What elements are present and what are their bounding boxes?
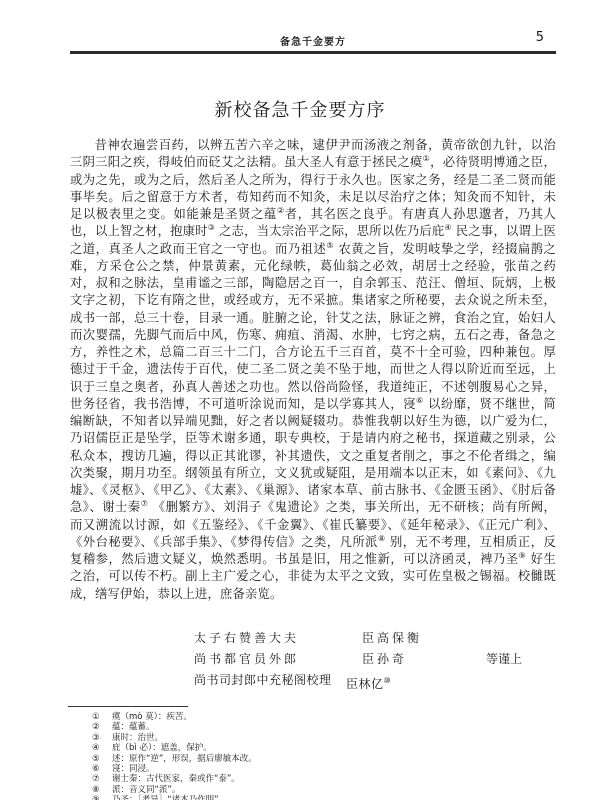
official-name: 臣高保衡 (362, 628, 452, 649)
note-mark: ③ (208, 223, 215, 232)
footnote-text: 乃圣：［考异］“诸本乃作明”。 (112, 795, 227, 800)
footnote-text: 谢士秦：古代医家，秦或作“泰”。 (112, 774, 240, 784)
note-mark: ④ (444, 223, 451, 232)
footnote-mark: ⑦ (92, 774, 112, 784)
footnote: ④庇（bì 必）：遮盖，保护。 (92, 743, 257, 753)
body-segment: 以纷靡，贤不继世，简编断缺，不知者以异端见黜，好之者以阙疑辍功。恭惟我朝以好生为… (70, 397, 556, 515)
preface-body: 昔神农遍尝百药，以辨五苦六辛之味，逮伊尹而汤液之剂备，黄帝欲创九针，以治三阴三阳… (70, 137, 556, 603)
footnote: ②蕴：蕴蓄。 (92, 722, 257, 732)
footnote-mark: ⑥ (92, 764, 112, 774)
signature-row: 尚书司封郎中充秘阁校理 臣林亿⑩ (194, 670, 522, 695)
header-rule (70, 51, 556, 54)
footnote-rule (68, 706, 188, 707)
footnote: ⑥寖：同浸。 (92, 764, 257, 774)
body-segment: 农黄之旨，发明岐挚之学，经掇扁鹊之难，方采仓公之禁，仲景黄素，元化绿帙，葛仙翁之… (70, 242, 556, 411)
footnote-mark: ⑤ (92, 754, 112, 764)
running-title: 备急千金要方 (70, 33, 556, 48)
footnote-text: 康时：治世。 (112, 733, 163, 743)
note-mark: ⑩ (384, 676, 392, 685)
submission-note: 等谨上 (486, 649, 522, 670)
note-mark: ⑧ (378, 534, 386, 543)
document-title: 新校备急千金要方序 (0, 96, 600, 122)
official-name-text: 臣林亿 (346, 677, 384, 691)
footnote: ⑧派：音义同“派”。 (92, 785, 257, 795)
footnote-text: 寖：同浸。 (112, 764, 155, 774)
official-name: 臣孙奇 (362, 649, 452, 670)
footnote: ⑤述：原作“逆”，形误，据后廖敏本改。 (92, 754, 257, 764)
footnotes: ①瘼（mò 莫）：疾苦。 ②蕴：蕴蓄。 ③康时：治世。 ④庇（bì 必）：遮盖，… (92, 712, 257, 800)
footnote-mark: ④ (92, 743, 112, 753)
footnote-mark: ⑧ (92, 785, 112, 795)
signature-row: 太子右赞善大夫 臣高保衡 (194, 628, 522, 649)
note-mark: ⑤ (326, 240, 334, 249)
footnote: ⑨乃圣：［考异］“诸本乃作明”。 (92, 795, 257, 800)
official-title: 尚书司封郎中充秘阁校理 (194, 670, 346, 695)
footnote-mark: ③ (92, 733, 112, 743)
running-head: 备急千金要方 5 (70, 30, 556, 50)
footnote: ③康时：治世。 (92, 733, 257, 743)
note-mark: ② (277, 206, 285, 215)
signature-row: 尚书都官员外郎 臣孙奇 等谨上 (194, 649, 522, 670)
signature-block: 太子右赞善大夫 臣高保衡 尚书都官员外郎 臣孙奇 等谨上 尚书司封郎中充秘阁校理… (194, 628, 522, 695)
footnote-mark: ⑨ (92, 795, 112, 800)
official-title: 太子右赞善大夫 (194, 628, 362, 649)
footnote: ①瘼（mò 莫）：疾苦。 (92, 712, 257, 722)
footnote-mark: ① (92, 712, 112, 722)
footnote-mark: ② (92, 722, 112, 732)
page-number: 5 (536, 30, 544, 45)
official-title: 尚书都官员外郎 (194, 649, 362, 670)
footnote-text: 庇（bì 必）：遮盖，保护。 (112, 743, 212, 753)
body-segment: 之志，当太宗治平之际，思所以佐乃后庇 (215, 224, 444, 238)
official-name: 臣林亿⑩ (346, 670, 436, 695)
footnote-text: 述：原作“逆”，形误，据后廖敏本改。 (112, 754, 257, 764)
footnote: ⑦谢士秦：古代医家，秦或作“泰”。 (92, 774, 257, 784)
footnote-text: 蕴：蕴蓄。 (112, 722, 155, 732)
footnote-text: 瘼（mò 莫）：疾苦。 (112, 712, 192, 722)
footnote-text: 派：音义同“派”。 (112, 785, 180, 795)
note-mark: ⑥ (416, 396, 424, 405)
